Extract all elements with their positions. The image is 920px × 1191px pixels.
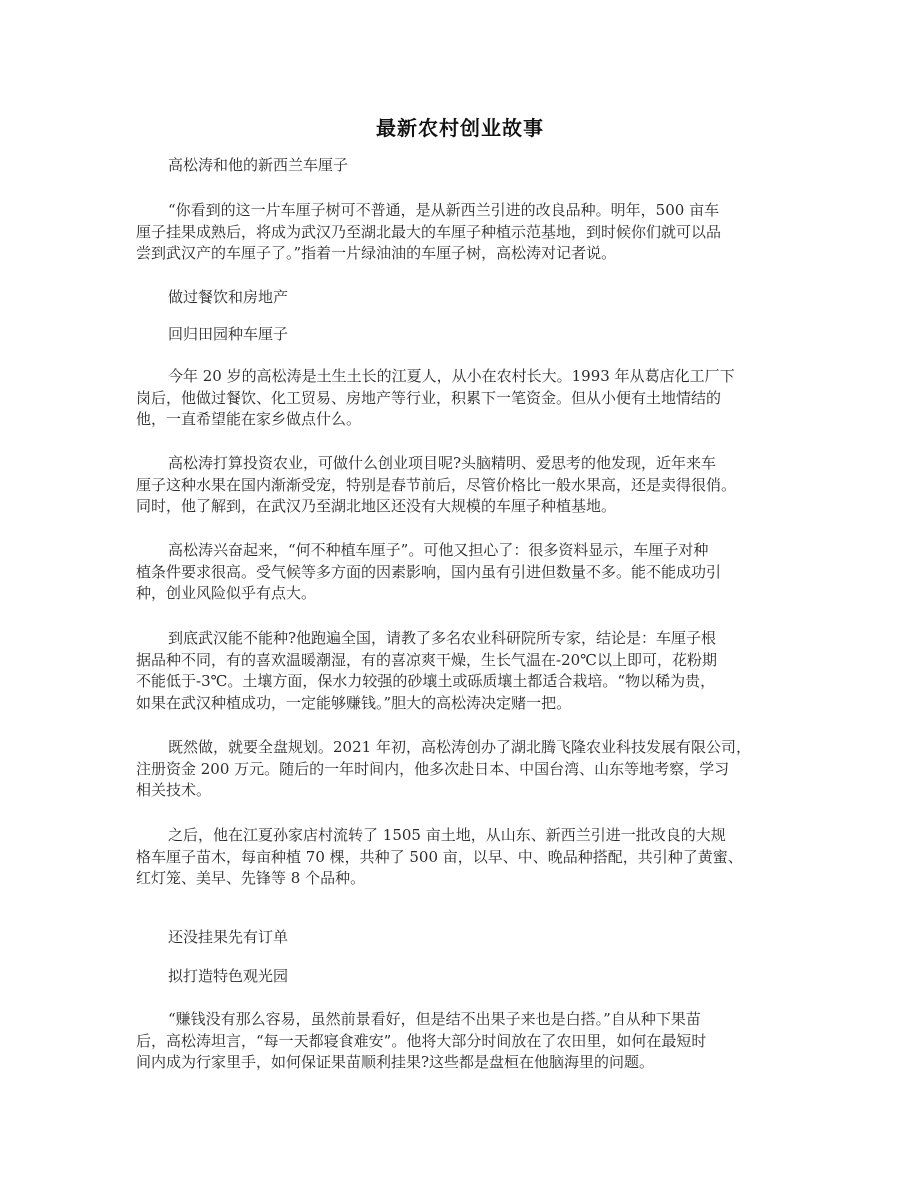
section-heading: 高松涛和他的新西兰车厘子 [136,155,816,177]
text-line: 不能低于-3℃。土壤方面，保水力较强的砂壤土或砾质壤土都适合栽培。“物以稀为贵， [136,671,816,693]
text-line: 如果在武汉种植成功，一定能够赚钱。”胆大的高松涛决定赌一把。 [136,693,816,715]
paragraph: 今年 20 岁的高松涛是土生土长的江夏人，从小在农村长大。1993 年从葛店化工… [136,366,816,431]
text-line: 高松涛兴奋起来，“何不种植车厘子”。可他又担心了：很多资料显示，车厘子对种 [136,540,816,562]
text-line: 后，高松涛坦言，“每一天都寝食难安”。他将大部分时间放在了农田里，如何在最短时 [136,1031,816,1053]
text-line: 同时，他了解到，在武汉乃至湖北地区还没有大规模的车厘子种植基地。 [136,496,816,518]
text-line: 做过餐饮和房地产 [136,287,816,309]
paragraph: “你看到的这一片车厘子树可不普通，是从新西兰引进的改良品种。明年，500 亩车厘… [136,200,816,265]
text-line: “你看到的这一片车厘子树可不普通，是从新西兰引进的改良品种。明年，500 亩车 [136,200,816,222]
text-line: 还没挂果先有订单 [136,927,816,949]
paragraph: 高松涛打算投资农业，可做什么创业项目呢?头脑精明、爱思考的他发现，近年来车厘子这… [136,453,816,518]
text-line: 岗后，他做过餐饮、化工贸易、房地产等行业，积累下一笔资金。但从小便有土地情结的 [136,388,816,410]
paragraph: 之后，他在江夏孙家店村流转了 1505 亩土地，从山东、新西兰引进一批改良的大规… [136,825,816,890]
text-line: 尝到武汉产的车厘子了。”指着一片绿油油的车厘子树，高松涛对记者说。 [136,243,816,265]
text-line: 红灯笼、美早、先锋等 8 个品种。 [136,868,816,890]
text-line: 既然做，就要全盘规划。2021 年初，高松涛创办了湖北腾飞隆农业科技发展有限公司… [136,737,816,759]
text-line: 回归田园种车厘子 [136,324,816,346]
text-line: 到底武汉能不能种?他跑遍全国，请教了多名农业科研院所专家，结论是：车厘子根 [136,628,816,650]
text-line: 之后，他在江夏孙家店村流转了 1505 亩土地，从山东、新西兰引进一批改良的大规 [136,825,816,847]
text-line: 今年 20 岁的高松涛是土生土长的江夏人，从小在农村长大。1993 年从葛店化工… [136,366,816,388]
text-line: 注册资金 200 万元。随后的一年时间内，他多次赴日本、中国台湾、山东等地考察，… [136,759,816,781]
text-line: 高松涛打算投资农业，可做什么创业项目呢?头脑精明、爱思考的他发现，近年来车 [136,453,816,475]
text-line: 格车厘子苗木，每亩种植 70 棵，共种了 500 亩，以早、中、晚品种搭配，共引… [136,847,816,869]
section-heading: 回归田园种车厘子 [136,324,816,346]
paragraph: 高松涛兴奋起来，“何不种植车厘子”。可他又担心了：很多资料显示，车厘子对种植条件… [136,540,816,605]
text-line: 厘子挂果成熟后，将成为武汉乃至湖北最大的车厘子种植示范基地，到时候你们就可以品 [136,222,816,244]
text-line: 相关技术。 [136,780,816,802]
paragraph: “赚钱没有那么容易，虽然前景看好，但是结不出果子来也是白搭。”自从种下果苗后，高… [136,1009,816,1074]
section-heading: 拟打造特色观光园 [136,966,816,988]
text-line: 种，创业风险似乎有点大。 [136,583,816,605]
text-line: 据品种不同，有的喜欢温暖潮湿，有的喜凉爽干燥，生长气温在-20℃以上即可，花粉期 [136,650,816,672]
text-line: 他，一直希望能在家乡做点什么。 [136,409,816,431]
text-line: 拟打造特色观光园 [136,966,816,988]
text-line: 高松涛和他的新西兰车厘子 [136,155,816,177]
section-heading: 做过餐饮和房地产 [136,287,816,309]
text-line: “赚钱没有那么容易，虽然前景看好，但是结不出果子来也是白搭。”自从种下果苗 [136,1009,816,1031]
text-line: 厘子这种水果在国内渐渐受宠，特别是春节前后，尽管价格比一般水果高，还是卖得很俏。 [136,475,816,497]
document-title: 最新农村创业故事 [0,112,920,141]
paragraph: 到底武汉能不能种?他跑遍全国，请教了多名农业科研院所专家，结论是：车厘子根据品种… [136,628,816,714]
document-page: 最新农村创业故事 高松涛和他的新西兰车厘子“你看到的这一片车厘子树可不普通，是从… [0,0,920,1191]
section-heading: 还没挂果先有订单 [136,927,816,949]
text-line: 植条件要求很高。受气候等多方面的因素影响，国内虽有引进但数量不多。能不能成功引 [136,562,816,584]
paragraph: 既然做，就要全盘规划。2021 年初，高松涛创办了湖北腾飞隆农业科技发展有限公司… [136,737,816,802]
text-line: 间内成为行家里手，如何保证果苗顺利挂果?这些都是盘桓在他脑海里的问题。 [136,1052,816,1074]
